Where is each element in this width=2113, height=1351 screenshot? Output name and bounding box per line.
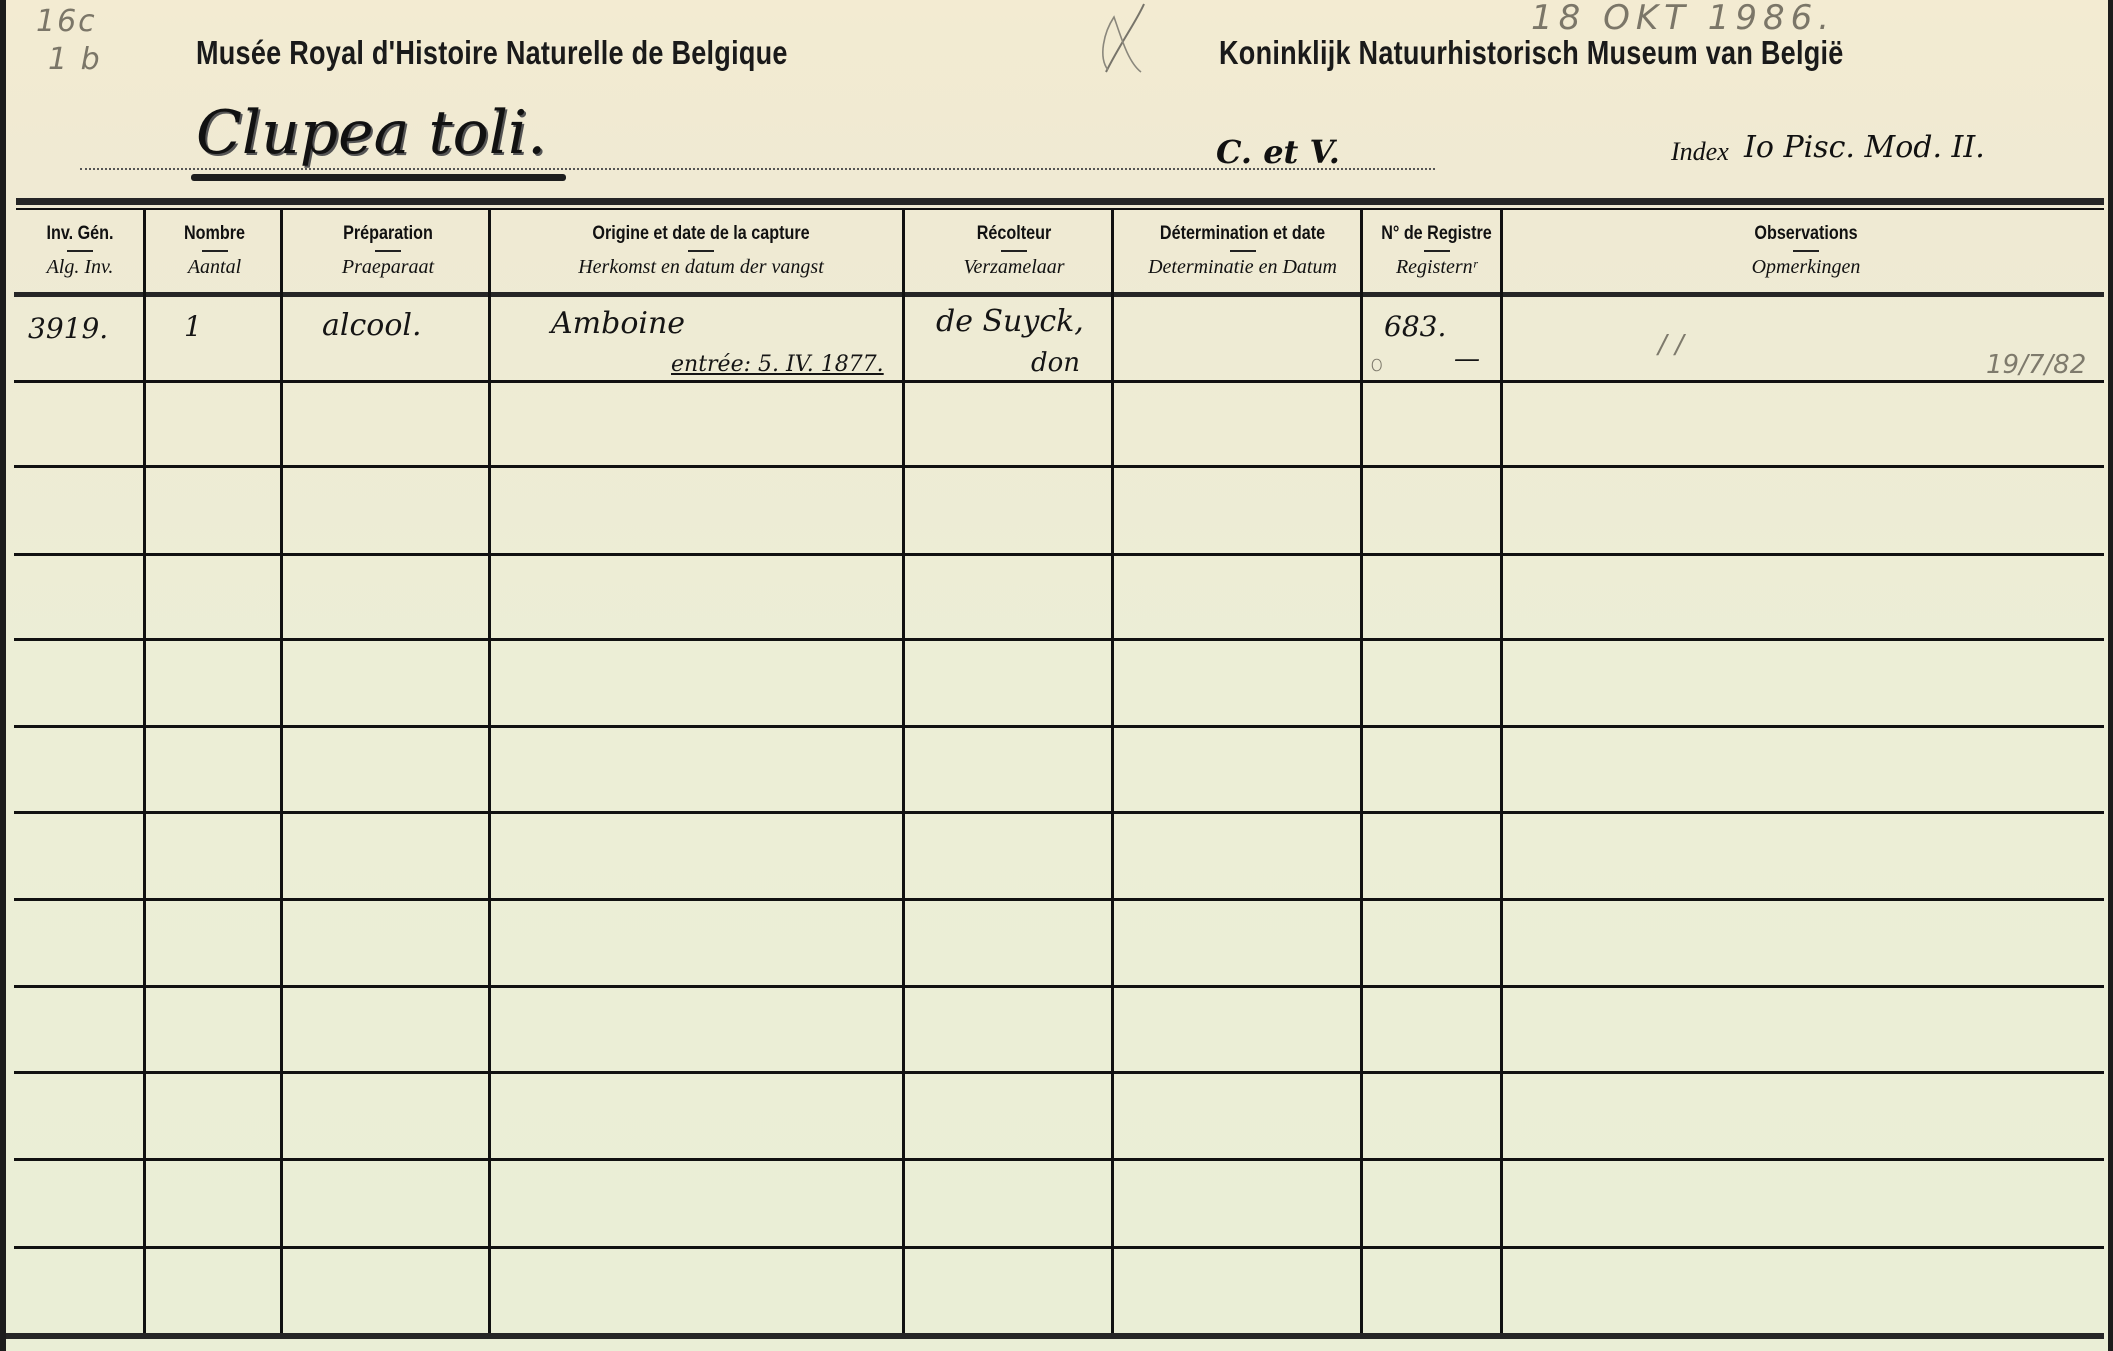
column-header-preparation: PréparationPraeparaat [285, 213, 491, 295]
row-divider [14, 638, 2104, 641]
cell-collector-note: don [1031, 348, 1080, 378]
row-divider [14, 725, 2104, 728]
index-label: Index [1671, 137, 1729, 167]
row-divider [14, 553, 2104, 556]
species-underline [191, 174, 566, 181]
row-divider [14, 811, 2104, 814]
row-divider [14, 898, 2104, 901]
column-header-origin: Origine et date de la captureHerkomst en… [494, 213, 908, 295]
cell-origin-date: entrée: 5. IV. 1877. [671, 352, 884, 377]
cell-observations-date: 19/7/82 [1986, 350, 2086, 380]
cell-register-mark: o [1370, 352, 1383, 377]
row-divider [14, 1158, 2104, 1161]
table-top-thin-rule [16, 208, 2104, 210]
pencil-note-shelf: 16c [36, 4, 97, 39]
table-bottom-rule [6, 1333, 2104, 1339]
species-name: Clupea toli. [196, 98, 546, 168]
institution-title-fr: Musée Royal d'Histoire Naturelle de Belg… [196, 34, 788, 72]
row-divider [14, 1071, 2104, 1074]
row-divider [14, 380, 2104, 383]
row-divider [14, 465, 2104, 468]
row-divider [14, 985, 2104, 988]
pencil-note-sub: 1 b [48, 42, 102, 77]
column-header-count: NombreAantal [147, 213, 282, 295]
pencil-x-mark-icon [1096, 2, 1151, 74]
institution-title-nl: Koninklijk Natuurhistorisch Museum van B… [1219, 34, 1844, 72]
pencil-stamp-date: 18 OKT 1986. [1531, 0, 1835, 38]
cell-origin: Amboine [551, 306, 685, 341]
column-header-determination: Détermination et dateDeterminatie en Dat… [1120, 213, 1365, 295]
cell-preparation: alcool. [322, 308, 422, 343]
cell-observations-mark: / / [1658, 330, 1684, 360]
column-header-inv: Inv. Gén.Alg. Inv. [16, 213, 144, 295]
cell-inv-number: 3919. [28, 312, 108, 345]
species-author: C. et V. [1216, 133, 1340, 171]
column-header-collector: RécolteurVerzamelaar [911, 213, 1117, 295]
cell-register-dash: — [1454, 344, 1480, 374]
cell-register-number: 683. [1384, 310, 1446, 343]
table-top-rule [16, 198, 2104, 205]
column-header-observations: ObservationsOpmerkingen [1508, 213, 2104, 295]
cell-count: 1 [184, 310, 202, 343]
index-value: Io Pisc. Mod. II. [1744, 130, 1985, 165]
column-header-register: N° de RegistreRegisternʳ [1368, 213, 1505, 295]
specimen-card: 16c 1 b 18 OKT 1986. Musée Royal d'Histo… [6, 0, 2108, 1351]
cell-collector: de Suyck, [936, 304, 1084, 339]
row-divider [14, 1246, 2104, 1249]
